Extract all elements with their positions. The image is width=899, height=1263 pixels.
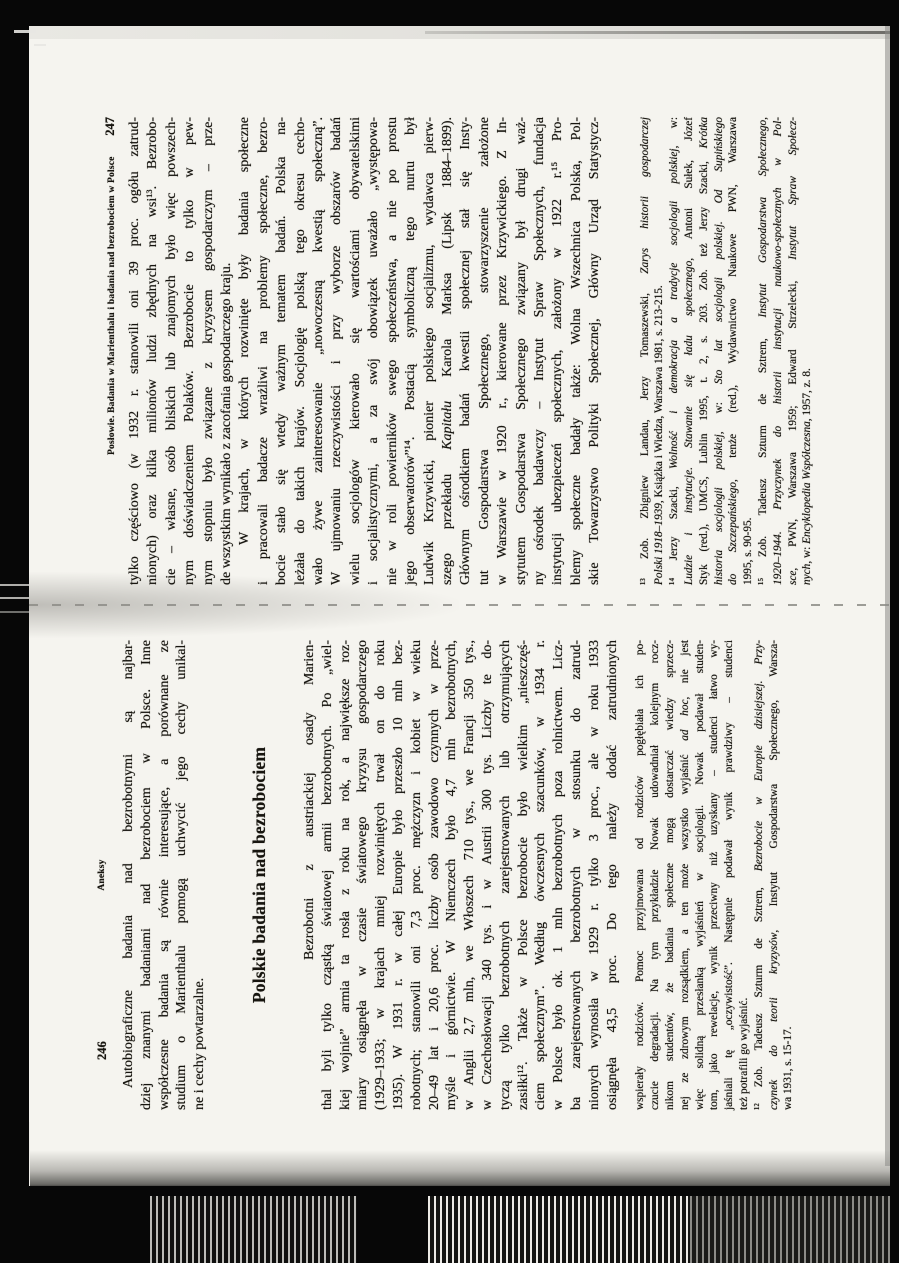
text-line: thal byli tylko cząstką światowej armii …: [319, 640, 337, 1110]
text-line: w Polsce było ok. 1 mln bezrobotnych poz…: [550, 640, 568, 1110]
text-line: ne i cechy powtarzalne.: [191, 640, 209, 1110]
binding-streak: [0, 611, 29, 613]
text-line: ¹² Zob. Tadeusz Szturm de Sztrem, Bezrob…: [752, 640, 767, 1110]
text-line: skie Towarzystwo Polityki Społecznej, Gł…: [586, 117, 604, 585]
page-246-footnotes: wspierały rodziców. Pomoc przyjmowana od…: [633, 640, 796, 1110]
running-header-text: Aneksy: [97, 640, 107, 1110]
text-line: Ludzie i instytucje. Stawanie się ładu s…: [682, 117, 697, 585]
text-line: 1995, s. 90-95.: [741, 117, 756, 585]
text-line: w Czechosłowacji 340 tys. i w Austrii 30…: [479, 640, 497, 1110]
text-line: historia socjologii polskiej, w: Sto lat…: [712, 117, 727, 585]
page-edge-stripes-right: [690, 1196, 890, 1263]
page-246-intro-paragraph: Autobiograficzne badania nad bezrobotnym…: [120, 640, 209, 1110]
text-line: ny ośrodek badawczy – Instytut Spraw Spo…: [531, 117, 549, 585]
text-line: 1920–1944. Przyczynek do historii instyt…: [771, 117, 786, 585]
text-line: też potrafili go wyjaśnić.: [737, 640, 752, 1110]
text-line: tylko częściowo (w 1932 r. stanowili oni…: [126, 117, 144, 585]
text-line: w Anglii 2,7 mln, we Włoszech 710 tys., …: [461, 640, 479, 1110]
text-line: wspierały rodziców. Pomoc przyjmowana od…: [633, 640, 648, 1110]
text-line: ¹⁴ Jerzy Szacki, Wolność i demokracja a …: [667, 117, 682, 585]
text-line: Polski 1918–1939, Książka i Wiedza, Wars…: [652, 117, 667, 585]
text-line: stytutem Gospodarstwa Społecznego związa…: [513, 117, 531, 585]
page-247-footnotes: ¹³ Zob. Zbigniew Landau, Jerzy Tomaszews…: [638, 117, 816, 585]
text-line: szego przekładu Kapitału Karola Marksa (…: [439, 117, 457, 585]
page-top-edge-line: [425, 31, 890, 34]
text-line: Bezrobotni z austriackiej osady Marien-: [301, 640, 319, 1110]
text-line: Autobiograficzne badania nad bezrobotnym…: [120, 640, 138, 1110]
running-header-text: Posłowie. Badania w Marienthalu i badani…: [107, 156, 117, 455]
binding-streak: [0, 597, 29, 599]
text-line: wa 1931, s. 15-17.: [781, 640, 796, 1110]
text-line: W krajach, w których rozwinięte były bad…: [236, 117, 254, 585]
scan-speck: [34, 44, 46, 46]
text-line: ciem społecznym”. Według ówczesnych szac…: [532, 640, 550, 1110]
section-title: Polskie badania nad bezrobociem: [249, 640, 271, 1110]
text-line: czynek do teorii kryzysów, Instytut Gosp…: [767, 640, 782, 1110]
text-line: leżała do takich krajów. Socjologię pols…: [292, 117, 310, 585]
text-line: jego obserwatorów”¹⁴. Postacią symbolicz…: [402, 117, 420, 585]
text-line: ¹⁵ Zob. Tadeusz Szturm de Sztrem, Instyt…: [756, 117, 771, 585]
page-bottom-edge-fade: [29, 1150, 890, 1188]
text-line: współczesne badania są równie interesują…: [156, 640, 174, 1110]
text-line: studium o Marienthalu pomogą uchwycić je…: [173, 640, 191, 1110]
text-line: więc solidną przesłanką wyjaśnień w socj…: [693, 640, 708, 1110]
text-line: nym doświadczeniem Polaków. Bezrobocie t…: [181, 117, 199, 585]
text-line: myśle i górnictwie. W Niemczech było 4,7…: [443, 640, 461, 1110]
page-number-247: 247: [103, 117, 118, 136]
text-line: miary osiągnęła w czasie światowego kryz…: [354, 640, 372, 1110]
text-line: (1929–1933; w krajach mniej rozwiniętych…: [372, 640, 390, 1110]
text-line: do Szczepańskiego, tenże (red.), Wydawni…: [726, 117, 741, 585]
text-line: sce, PWN, Warszawa 1959; Edward Strzelec…: [786, 117, 801, 585]
text-line: nych, w: Encyklopedia Współczesna, 1957,…: [800, 117, 815, 585]
text-line: Ludwik Krzywicki, pionier polskiego socj…: [421, 117, 439, 585]
text-line: blemy społeczne badały także: Wolna Wsze…: [568, 117, 586, 585]
page-247-body: tylko częściowo (w 1932 r. stanowili oni…: [126, 117, 605, 585]
page-edge-stripes-left: [150, 1196, 357, 1263]
text-line: zasiłki¹². Także w Polsce bezrobocie był…: [515, 640, 533, 1110]
page-246: 246 Aneksy Autobiograficzne badania nad …: [95, 640, 815, 1110]
text-line: dziej znanymi badaniami nad bezrobociem …: [138, 640, 156, 1110]
binding-streak: [0, 584, 29, 586]
gutter-fold-line: [29, 604, 890, 606]
text-line: i pracowali badacze wrażliwi na problemy…: [255, 117, 273, 585]
text-line: robotnych; stanowili oni 7,3 proc. mężcz…: [408, 640, 426, 1110]
text-line: nej ze zdrowym rozsądkiem, a ten może ws…: [678, 640, 693, 1110]
page-247: Posłowie. Badania w Marienthalu i badani…: [103, 117, 815, 585]
text-line: nie w roli powierników swego społeczeńst…: [384, 117, 402, 585]
text-line: 1935). W 1931 r. w całej Europie było pr…: [390, 640, 408, 1110]
text-line: nionych) oraz kilka milionów ludzi zbędn…: [144, 117, 162, 585]
text-line: Styk (red.), UMCS, Lublin 1995, t. 2, s.…: [697, 117, 712, 585]
text-line: bocie stało się wtedy ważnym tematem bad…: [273, 117, 291, 585]
text-line: jaśniali tę „oczywistość”. Następnie pod…: [722, 640, 737, 1110]
scan-border-left: [0, 0, 29, 1263]
text-line: czucie degradacji. Na tym przykładzie No…: [648, 640, 663, 1110]
text-line: wało żywe zainteresowanie „nowoczesną kw…: [310, 117, 328, 585]
text-line: nym stopniu było związane z kryzysem gos…: [200, 117, 218, 585]
text-line: kiej wojnie” armia ta rosła z roku na ro…: [337, 640, 355, 1110]
scan-border-right: [890, 0, 899, 1263]
text-line: osiągnęła 43,5 proc. Do tego należy doda…: [604, 640, 622, 1110]
text-line: Głównym ośrodkiem badań kwestii społeczn…: [457, 117, 475, 585]
text-line: wielu socjologów kierowało się wartościa…: [347, 117, 365, 585]
page-247-running-header: Posłowie. Badania w Marienthalu i badani…: [103, 117, 120, 585]
scan-speck: [14, 30, 36, 33]
scanned-book-spread: Posłowie. Badania w Marienthalu i badani…: [0, 0, 899, 1263]
text-line: cie – własne, osób bliskich lub znajomyc…: [163, 117, 181, 585]
page-246-body: Bezrobotni z austriackiej osady Marien-t…: [301, 640, 621, 1110]
text-line: tyczą tylko bezrobotnych zarejestrowanyc…: [497, 640, 515, 1110]
text-line: nionych wynosiła w 1929 r. tylko 3 proc.…: [586, 640, 604, 1110]
scan-border-top: [0, 0, 899, 26]
text-line: nikom studentów, że badania społeczne mo…: [663, 640, 678, 1110]
text-line: tom, jako rewelacje, wynik przeciwny niż…: [707, 640, 722, 1110]
page-246-running-header: 246 Aneksy: [95, 640, 112, 1110]
text-line: 20–49 lat i 20,6 proc. liczby osób zawod…: [426, 640, 444, 1110]
page-edge-stripes-middle: [428, 1196, 690, 1263]
text-line: tut Gospodarstwa Społecznego, stowarzysz…: [476, 117, 494, 585]
text-line: instytucji ubezpieczeń społecznych, zało…: [549, 117, 567, 585]
text-line: ba zarejestrowanych bezrobotnych w stosu…: [568, 640, 586, 1110]
text-line: i socjalistycznymi, a za swój obowiązek …: [365, 117, 383, 585]
text-line: de wszystkim wynikało z zacofania gospod…: [218, 117, 236, 585]
text-line: w Warszawie w 1920 r., kierowane przez K…: [494, 117, 512, 585]
text-line: W ujmowaniu rzeczywistości i przy wyborz…: [328, 117, 346, 585]
text-line: ¹³ Zob. Zbigniew Landau, Jerzy Tomaszews…: [638, 117, 653, 585]
